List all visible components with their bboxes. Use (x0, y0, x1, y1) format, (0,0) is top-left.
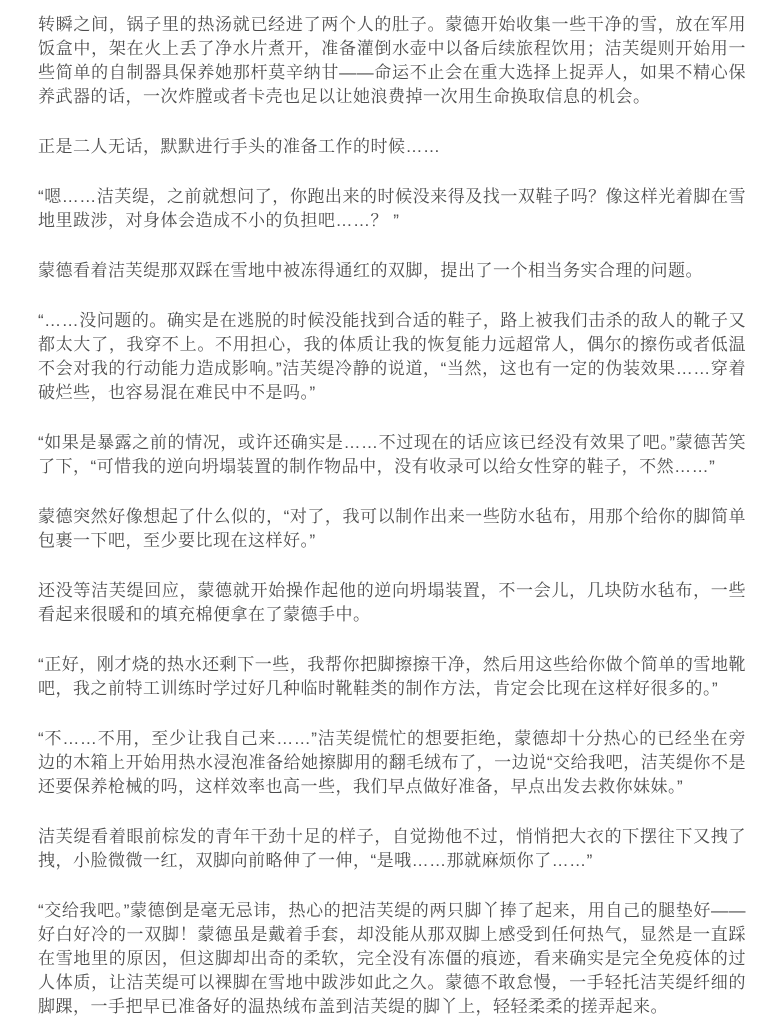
story-paragraph-2: 正是二人无话，默默进行手头的准备工作的时候…… (38, 135, 746, 159)
novel-reader-page: 转瞬之间，锅子里的热汤就已经进了两个人的肚子。蒙德开始收集一些干净的雪，放在军用… (0, 0, 784, 1035)
story-paragraph-8: 还没等洁芙缇回应，蒙德就开始操作起他的逆向坍塌装置，不一会儿，几块防水毡布，一些… (38, 579, 746, 627)
story-content: 转瞬之间，锅子里的热汤就已经进了两个人的肚子。蒙德开始收集一些干净的雪，放在军用… (38, 13, 746, 1019)
story-paragraph-4: 蒙德看着洁芙缇那双踩在雪地中被冻得通红的双脚，提出了一个相当务实合理的问题。 (38, 259, 746, 283)
story-paragraph-10: “不……不用，至少让我自己来……”洁芙缇慌忙的想要拒绝，蒙德却十分热心的已经坐在… (38, 727, 746, 799)
story-paragraph-1: 转瞬之间，锅子里的热汤就已经进了两个人的肚子。蒙德开始收集一些干净的雪，放在军用… (38, 13, 746, 109)
story-paragraph-12: “交给我吧。”蒙德倒是毫无忌讳，热心的把洁芙缇的两只脚丫捧了起来，用自己的腿垫好… (38, 899, 746, 1019)
story-paragraph-3: “嗯……洁芙缇，之前就想问了，你跑出来的时候没来得及找一双鞋子吗？像这样光着脚在… (38, 185, 746, 233)
story-paragraph-6: “如果是暴露之前的情况，或许还确实是……不过现在的话应该已经没有效果了吧。”蒙德… (38, 431, 746, 479)
story-paragraph-7: 蒙德突然好像想起了什么似的，“对了，我可以制作出来一些防水毡布，用那个给你的脚简… (38, 505, 746, 553)
story-paragraph-9: “正好，刚才烧的热水还剩下一些，我帮你把脚擦擦干净，然后用这些给你做个简单的雪地… (38, 653, 746, 701)
story-paragraph-11: 洁芙缇看着眼前棕发的青年干劲十足的样子，自觉拗他不过，悄悄把大衣的下摆往下又拽了… (38, 825, 746, 873)
story-paragraph-5: “……没问题的。确实是在逃脱的时候没能找到合适的鞋子，路上被我们击杀的敌人的靴子… (38, 309, 746, 405)
